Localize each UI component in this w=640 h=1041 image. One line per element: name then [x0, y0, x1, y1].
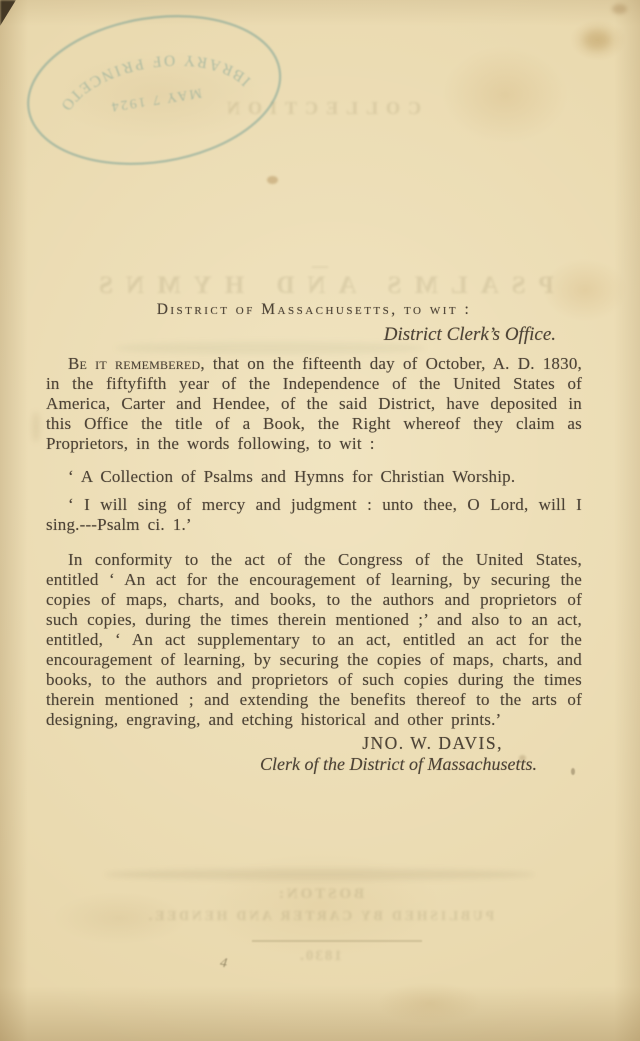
printer-signature-mark: 4	[219, 956, 228, 973]
ghost-smudge-line	[105, 869, 535, 880]
ghost-rule-line	[252, 940, 422, 942]
ghost-collection-text: COLLECTION	[0, 98, 640, 119]
conformity-paragraph: In conformity to the act of the Congress…	[46, 550, 582, 730]
page-corner-shadow	[0, 0, 16, 26]
stamp-oval-border	[17, 0, 290, 181]
ink-speck	[571, 768, 575, 775]
ghost-year-text: 1830.	[0, 948, 640, 965]
book-title-quote: ‘ A Collection of Psalms and Hymns for C…	[46, 467, 582, 487]
ghost-boston-text: BOSTON:	[0, 886, 640, 903]
registration-paragraph: Be it remembered, that on the fifteenth …	[46, 354, 582, 454]
clerk-signature-title: Clerk of the District of Massachusetts.	[46, 754, 582, 774]
clerk-signature-name: JNO. W. DAVIS,	[46, 733, 582, 753]
ghost-publisher-text: PUBLISHED BY CARTER AND HENDEE.	[0, 908, 640, 924]
scanned-book-page: LIBRARY OF PRINCETON MAY 7 1924 COLLECTI…	[0, 0, 640, 1041]
district-heading: District of Massachusetts, to wit :	[46, 300, 582, 320]
copyright-text-block: District of Massachusetts, to wit : Dist…	[46, 300, 582, 774]
gutter-smudge	[32, 412, 40, 442]
paper-stain-topright	[583, 30, 611, 50]
clerk-office-line: District Clerk’s Office.	[46, 325, 582, 345]
paper-stain-edge	[612, 4, 627, 14]
paper-stain-spot	[267, 176, 278, 184]
psalm-quote: ‘ I will sing of mercy and judgment : un…	[46, 495, 582, 535]
ghost-psalms-title: PSALMS AND HYMNS	[0, 272, 640, 300]
be-it-remembered-lead: Be it remembered	[68, 354, 200, 373]
paper-speck	[519, 755, 526, 761]
